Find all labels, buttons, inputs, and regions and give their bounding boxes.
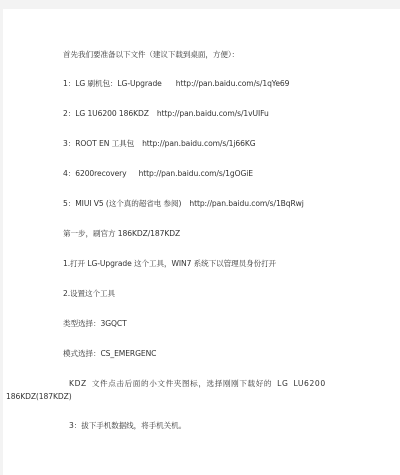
document-page: 首先我们要准备以下文件（建议下载到桌面，方便）： 1：LG 刷机包：LG-Upg… (3, 9, 400, 475)
step3-text: 3：拔下手机数据线，将手机关机。 (69, 420, 186, 431)
file-item-2: 2：LG 1U6200 186KDZhttp://pan.baidu.com/s… (63, 108, 269, 119)
step1-item-1: 1.打开 LG-Upgrade 这个工具，WIN7 系统下以管理员身份打开 (63, 258, 276, 269)
file-link[interactable]: http://pan.baidu.com/s/1BqRwj (189, 199, 303, 208)
phone-type-text: 类型选择：3GQCT (63, 318, 127, 329)
file-link[interactable]: http://pan.baidu.com/s/1vUIFu (157, 109, 269, 118)
mode-text: 模式选择：CS_EMERGENC (63, 348, 156, 359)
file-item-4: 4：6200recoveryhttp://pan.baidu.com/s/1gO… (63, 168, 253, 179)
file-item-3: 3：ROOT EN 工具包http://pan.baidu.com/s/1j66… (63, 138, 256, 149)
kdz-instruction-line1: KDZ 文件点击后面的小文件夹图标，选择刚刚下载好的 LG LU6200 (69, 378, 326, 389)
file-item-5: 5：MIUI V5 (这个真的超省电 参阅)http://pan.baidu.c… (63, 198, 304, 209)
kdz-instruction-line2: 186KDZ(187KDZ) (6, 392, 72, 401)
file-label: 4：6200recovery (63, 169, 127, 178)
step1-heading: 第一步，刷官方 186KDZ/187KDZ (63, 228, 180, 239)
file-label: 1：LG 刷机包：LG-Upgrade (63, 79, 162, 88)
file-label: 3：ROOT EN 工具包 (63, 139, 134, 148)
file-link[interactable]: http://pan.baidu.com/s/1gOGiE (139, 169, 253, 178)
step1-item-2: 2.设置这个工具 (63, 288, 115, 299)
file-item-1: 1：LG 刷机包：LG-Upgradehttp://pan.baidu.com/… (63, 78, 289, 89)
file-label: 5：MIUI V5 (这个真的超省电 参阅) (63, 199, 181, 208)
intro-text: 首先我们要准备以下文件（建议下载到桌面，方便）： (63, 49, 239, 60)
file-label: 2：LG 1U6200 186KDZ (63, 109, 149, 118)
file-link[interactable]: http://pan.baidu.com/s/1j66KG (142, 139, 255, 148)
file-link[interactable]: http://pan.baidu.com/s/1qYe69 (176, 79, 290, 88)
